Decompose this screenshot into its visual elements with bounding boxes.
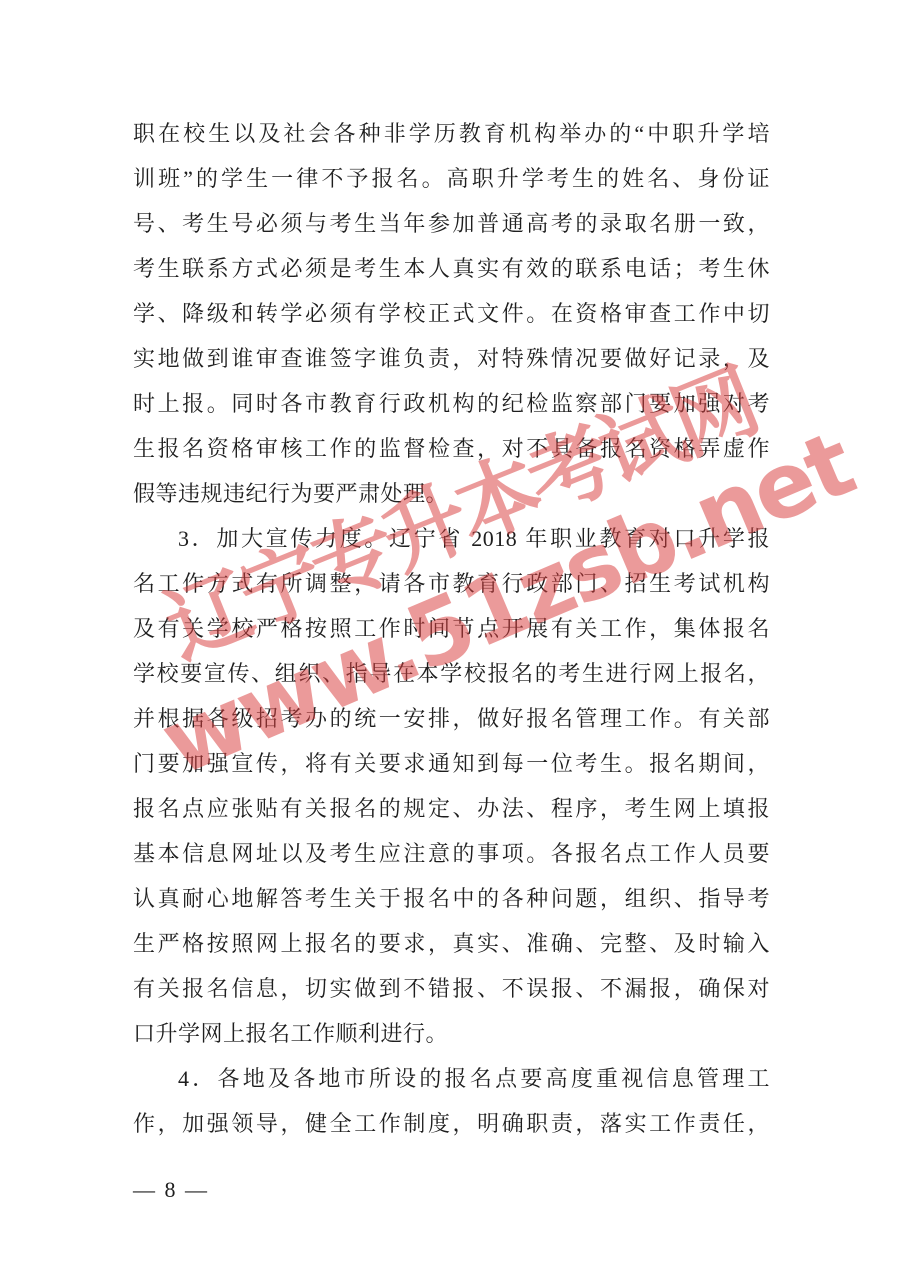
text-line: 学、降级和转学必须有学校正式文件。在资格审查工作中切	[133, 291, 770, 336]
text-line: 生报名资格审核工作的监督检查，对不具备报名资格弄虚作	[133, 426, 770, 471]
text-line: 假等违规违纪行为要严肃处理。	[133, 471, 770, 516]
text-line: 报名点应张贴有关报名的规定、办法、程序，考生网上填报	[133, 786, 770, 831]
text-line: 及有关学校严格按照工作时间节点开展有关工作，集体报名	[133, 606, 770, 651]
text-line: 实地做到谁审查谁签字谁负责，对特殊情况要做好记录，及	[133, 336, 770, 381]
document-page: 职在校生以及社会各种非学历教育机构举办的“中职升学培训班”的学生一律不予报名。高…	[0, 0, 900, 1273]
text-line: 生严格按照网上报名的要求，真实、准确、完整、及时输入	[133, 921, 770, 966]
text-line: 作，加强领导，健全工作制度，明确职责，落实工作责任，	[133, 1101, 770, 1146]
page-number: — 8 —	[133, 1176, 209, 1204]
text-line: 学校要宣传、组织、指导在本学校报名的考生进行网上报名，	[133, 651, 770, 696]
text-line: 门要加强宣传，将有关要求通知到每一位考生。报名期间，	[133, 741, 770, 786]
text-line: 认真耐心地解答考生关于报名中的各种问题，组织、指导考	[133, 876, 770, 921]
text-line: 号、考生号必须与考生当年参加普通高考的录取名册一致，	[133, 201, 770, 246]
text-line: 4．各地及各地市所设的报名点要高度重视信息管理工	[133, 1056, 770, 1101]
text-line: 训班”的学生一律不予报名。高职升学考生的姓名、身份证	[133, 156, 770, 201]
text-line: 基本信息网址以及考生应注意的事项。各报名点工作人员要	[133, 831, 770, 876]
text-line: 时上报。同时各市教育行政机构的纪检监察部门要加强对考	[133, 381, 770, 426]
text-line: 职在校生以及社会各种非学历教育机构举办的“中职升学培	[133, 111, 770, 156]
text-line: 口升学网上报名工作顺利进行。	[133, 1011, 770, 1056]
text-line: 3．加大宣传力度。辽宁省 2018 年职业教育对口升学报	[133, 516, 770, 561]
text-line: 名工作方式有所调整，请各市教育行政部门、招生考试机构	[133, 561, 770, 606]
text-line: 有关报名信息，切实做到不错报、不误报、不漏报，确保对	[133, 966, 770, 1011]
text-line: 考生联系方式必须是考生本人真实有效的联系电话；考生休	[133, 246, 770, 291]
text-line: 并根据各级招考办的统一安排，做好报名管理工作。有关部	[133, 696, 770, 741]
